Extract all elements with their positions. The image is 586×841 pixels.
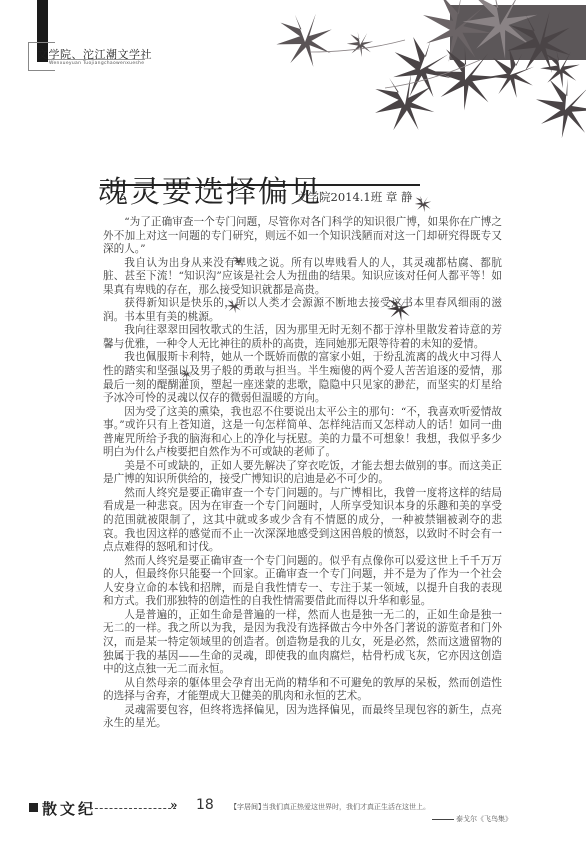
maple-leaves-illustration [240,0,586,160]
paragraph: 因为受了这美的熏染，我也忍不住要说出太平公主的那句：“不，我喜欢听爱情故事。”或… [103,406,502,460]
quote-dash [432,819,454,820]
article-byline: 文学院2014.1班 章 静 [296,189,413,205]
paragraph: 我向往翠翠田园牧歌式的生活，因为那里无时无刻不都于淳朴里散发着诗意的芳馨与优雅，… [103,324,502,351]
paragraph: 美是不可或缺的，正如人要先解决了穿衣吃饭，才能去想去做别的事。而这美正是广博的知… [103,460,502,487]
paragraph: 然而人终究是要正确审查一个专门问题的。与广博相比，我曾一度将这样的结局看成是一种… [103,487,502,555]
footer-dotted-leader [90,808,176,809]
page-number: 18 [196,797,214,813]
paragraph: 我也佩服斯卡利特，她从一个既娇而傲的富家小姐，于纷乱流离的战火中习得人性的踏实和… [103,351,502,405]
article-title: 魂灵要选择偏见 [98,167,322,211]
column-subtitle: Wenxueyuan Tuojiangchaowenxueshe [49,61,144,66]
footer-section-name: 散文纪 [42,798,96,819]
paragraph: “为了正确审查一个专门问题，尽管你对各门科学的知识很广博，如果你在广博之外不加上… [103,216,502,257]
paragraph: 我自认为出身从来没有卑贱之说。所有以卑贱看人的人，其灵魂都枯腐、都肮脏、甚至下流… [103,257,502,298]
leaf-ornament-icon [414,195,432,213]
paragraph: 获得新知识是快乐的，所以人类才会源源不断地去接受这书本里春风细雨的滋润。书本里有… [103,297,502,324]
quote-label: 【字居间】 [230,802,265,812]
article-body: “为了正确审查一个专门问题，尽管你对各门科学的知识很广博，如果你在广博之外不加上… [103,216,502,731]
title-rule [100,184,420,186]
paragraph: 灵魂需要包容，但终将选择偏见，因为选择偏见，而最终呈现包容的新生，点亮永生的星光… [103,704,502,731]
footer-square-icon [29,803,38,812]
quote-text: 当我们真正热爱这世界时，我们才真正生活在这世上。 [262,802,430,812]
paragraph: 从自然母亲的躯体里会孕育出无尚的精华和不可避免的敦厚的呆板，然而创造性的选择与舍… [103,677,502,704]
paragraph: 然而人终究是要正确审查一个专门问题的。似乎有点像你可以爱这世上千千万万的人，但最… [103,555,502,609]
paragraph: 人是普遍的，正如生命是普遍的一样，然而人也是独一无二的，正如生命是独一无二的一样… [103,609,502,677]
footer-arrow-icon: » [170,798,178,812]
header-rule [48,59,145,60]
quote-author: 泰戈尔《飞鸟集》 [456,814,512,824]
